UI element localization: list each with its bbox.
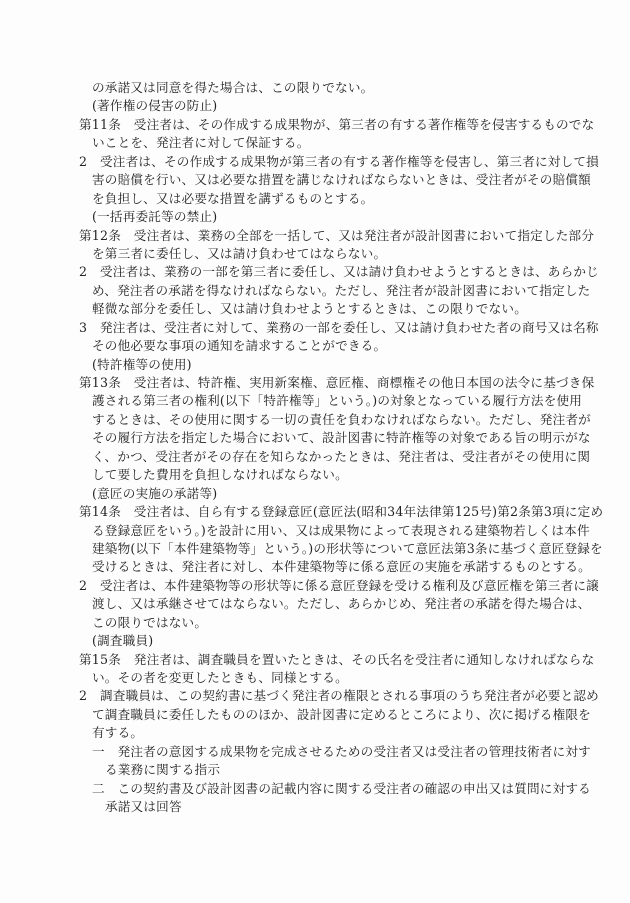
text-line: 第15条 発注者は、調査職員を置いたときは、その氏名を受注者に通知しなければなら… [79,651,555,669]
document-page: の承諾又は同意を得た場合は、この限りでない。(著作権の侵害の防止)第11条 受注… [0,0,630,903]
text-line: い。その者を変更したときも、同様とする。 [79,669,555,687]
text-line: を第三者に委任し、又は請け負わせてはならない。 [79,245,555,263]
text-line: 受けるときは、発注者に対し、本件建築物等に係る意匠の実施を承諾するものとする。 [79,558,555,576]
text-line: 一 発注者の意図する成果物を完成させるための受注者又は受注者の管理技術者に対す [79,743,555,761]
text-line: 護される第三者の権利(以下「特許権等」という。)の対象となっている履行方法を使用 [79,392,555,410]
text-line: 2 受注者は、業務の一部を第三者に委任し、又は請け負わせようとするときは、あらか… [79,263,555,281]
text-line: (一括再委託等の禁止) [79,208,555,226]
text-line: (特許権等の使用) [79,356,555,374]
text-line: る業務に関する指示 [79,761,555,779]
text-line: 2 受注者は、その作成する成果物が第三者の有する著作権等を侵害し、第三者に対して… [79,153,555,171]
text-line: して要した費用を負担しなければならない。 [79,466,555,484]
text-line: 第11条 受注者は、その作成する成果物が、第三者の有する著作権等を侵害するもので… [79,116,555,134]
text-line: この限りではない。 [79,614,555,632]
text-line: その履行方法を指定した場合において、設計図書に特許権等の対象である旨の明示がな [79,429,555,447]
text-line: 渡し、又は承継させてはならない。ただし、あらかじめ、発注者の承諾を得た場合は、 [79,595,555,613]
text-line: 第12条 受注者は、業務の全部を一括して、又は発注者が設計図書において指定した部… [79,227,555,245]
text-line: (調査職員) [79,632,555,650]
text-line: め、発注者の承諾を得なければならない。ただし、発注者が設計図書において指定した [79,282,555,300]
text-line: る登録意匠をいう。)を設計に用い、又は成果物によって表現される建築物若しくは本件 [79,522,555,540]
contract-text-body: の承諾又は同意を得た場合は、この限りでない。(著作権の侵害の防止)第11条 受注… [79,79,555,817]
text-line: の承諾又は同意を得た場合は、この限りでない。 [79,79,555,97]
text-line: く、かつ、受注者がその存在を知らなかったときは、発注者は、受注者がその使用に関 [79,448,555,466]
text-line: その他必要な事項の通知を請求することができる。 [79,337,555,355]
text-line: 二 この契約書及び設計図書の記載内容に関する受注者の確認の申出又は質問に対する [79,780,555,798]
text-line: 建築物(以下「本件建築物等」という。)の形状等について意匠法第3条に基づく意匠登… [79,540,555,558]
text-line: 2 受注者は、本件建築物等の形状等に係る意匠登録を受ける権利及び意匠権を第三者に… [79,577,555,595]
text-line: 軽微な部分を委任し、又は請け負わせようとするときは、この限りでない。 [79,300,555,318]
text-line: いことを、発注者に対して保証する。 [79,134,555,152]
text-line: 3 発注者は、受注者に対して、業務の一部を委任し、又は請け負わせた者の商号又は名… [79,319,555,337]
text-line: て調査職員に委任したもののほか、設計図書に定めるところにより、次に掲げる権限を [79,706,555,724]
text-line: 害の賠償を行い、又は必要な措置を講じなければならないときは、受注者がその賠償額 [79,171,555,189]
text-line: 第13条 受注者は、特許権、実用新案権、意匠権、商標権その他日本国の法令に基づき… [79,374,555,392]
text-line: 2 調査職員は、この契約書に基づく発注者の権限とされる事項のうち発注者が必要と認… [79,687,555,705]
text-line: (意匠の実施の承諾等) [79,485,555,503]
text-line: 承諾又は回答 [79,798,555,816]
text-line: 第14条 受注者は、自ら有する登録意匠(意匠法(昭和34年法律第125号)第2条… [79,503,555,521]
text-line: を負担し、又は必要な措置を講ずるものとする。 [79,190,555,208]
text-line: (著作権の侵害の防止) [79,97,555,115]
text-line: 有する。 [79,724,555,742]
text-line: するときは、その使用に関する一切の責任を負わなければならない。ただし、発注者が [79,411,555,429]
